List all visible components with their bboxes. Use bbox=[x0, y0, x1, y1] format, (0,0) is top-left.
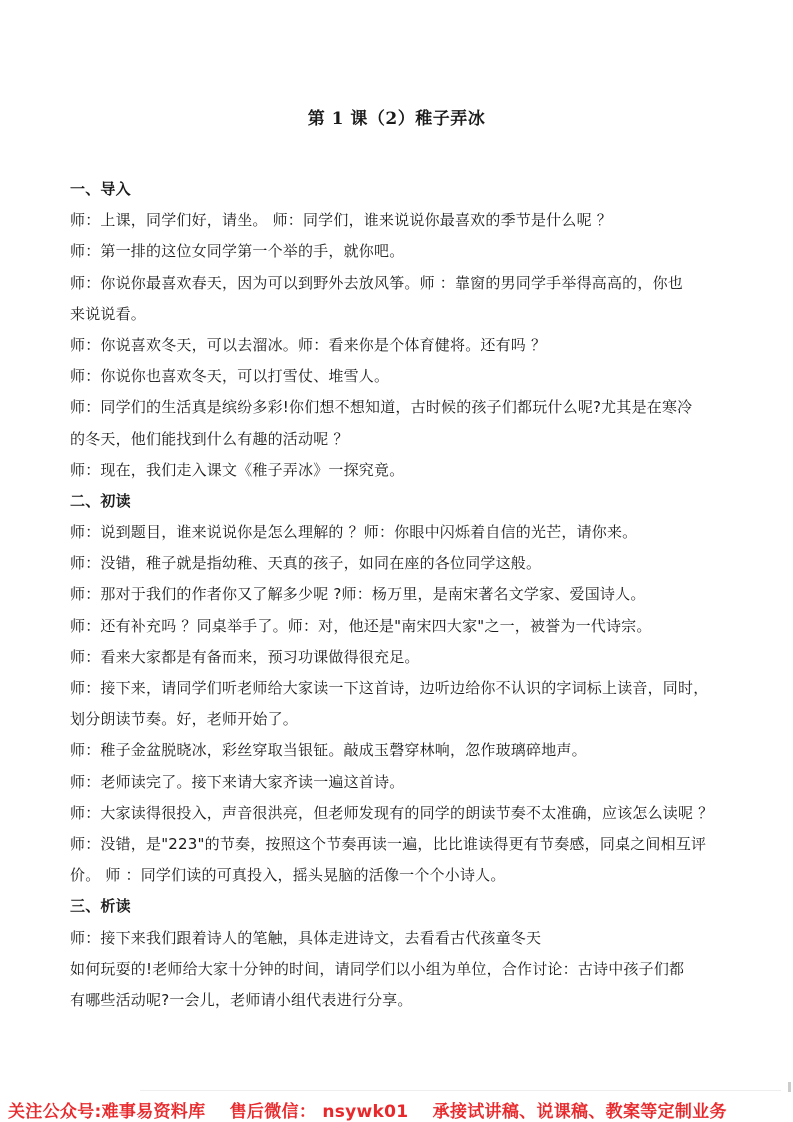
section-heading: 二、初读 bbox=[70, 486, 730, 517]
paragraph-line: 来说说看。 bbox=[70, 299, 730, 330]
paragraph-line: 师：你说你也喜欢冬天，可以打雪仗、堆雪人。 bbox=[70, 361, 730, 392]
paragraph-line: 师：看来大家都是有备而来，预习功课做得很充足。 bbox=[70, 642, 730, 673]
paragraph-line: 师：接下来我们跟着诗人的笔触，具体走进诗文，去看看古代孩童冬天 bbox=[70, 923, 730, 954]
paragraph-line: 师：那对于我们的作者你又了解多少呢 ?师：杨万里，是南宋著名文学家、爱国诗人。 bbox=[70, 579, 730, 610]
paragraph-line: 有哪些活动呢?一会儿，老师请小组代表进行分享。 bbox=[70, 985, 730, 1016]
paragraph-line: 如何玩耍的!老师给大家十分钟的时间，请同学们以小组为单位，合作讨论：古诗中孩子们… bbox=[70, 954, 730, 985]
footer-services: 承接试讲稿、说课稿、教案等定制业务 bbox=[433, 1102, 727, 1122]
footer-divider bbox=[140, 1090, 781, 1091]
poem-line: 师：稚子金盆脱晓冰，彩丝穿取当银钲。敲成玉磬穿林响，忽作玻璃碎地声。 bbox=[70, 735, 730, 766]
paragraph-line: 师：还有补充吗 ？同桌举手了。师：对，他还是"南宋四大家"之一，被誉为一代诗宗。 bbox=[70, 611, 730, 642]
section-heading: 一、导入 bbox=[70, 174, 730, 205]
paragraph-line: 师：大家读得很投入，声音很洪亮，但老师发现有的同学的朗读节奏不太准确，应该怎么读… bbox=[70, 798, 730, 829]
paragraph-line: 师：老师读完了。接下来请大家齐读一遍这首诗。 bbox=[70, 767, 730, 798]
document-body: 一、导入 师：上课，同学们好，请坐。 师：同学们，谁来说说你最喜欢的季节是什么呢… bbox=[70, 174, 730, 1016]
footer-wechat: 售后微信： nsywk01 bbox=[230, 1102, 409, 1122]
paragraph-line: 师：没错，是"223"的节奏，按照这个节奏再读一遍，比比谁读得更有节奏感，同桌之… bbox=[70, 829, 730, 860]
paragraph-line: 师：你说你最喜欢春天，因为可以到野外去放风筝。师 ：靠窗的男同学手举得高高的，你… bbox=[70, 268, 730, 299]
paragraph-line: 师：接下来，请同学们听老师给大家读一下这首诗，边听边给你不认识的字词标上读音，同… bbox=[70, 673, 730, 704]
footer-account: 关注公众号:难事易资料库 bbox=[8, 1102, 205, 1122]
paragraph-line: 的冬天，他们能找到什么有趣的活动呢 ？ bbox=[70, 424, 730, 455]
page-edge-mark bbox=[788, 1082, 791, 1092]
paragraph-line: 师：你说喜欢冬天，可以去溜冰。师：看来你是个体育健将。还有吗 ？ bbox=[70, 330, 730, 361]
paragraph-line: 师：同学们的生活真是缤纷多彩!你们想不想知道，古时候的孩子们都玩什么呢?尤其是在… bbox=[70, 392, 730, 423]
paragraph-line: 价。 师 ：同学们读的可真投入，摇头晃脑的活像一个个小诗人。 bbox=[70, 860, 730, 891]
paragraph-line: 师：现在，我们走入课文《稚子弄冰》一探究竟。 bbox=[70, 455, 730, 486]
paragraph-line: 师：没错，稚子就是指幼稚、天真的孩子，如同在座的各位同学这般。 bbox=[70, 548, 730, 579]
footer-banner: 关注公众号:难事易资料库 售后微信： nsywk01 承接试讲稿、说课稿、教案等… bbox=[8, 1097, 793, 1122]
paragraph-line: 师：说到题目，谁来说说你是怎么理解的 ？师：你眼中闪烁着自信的光芒，请你来。 bbox=[70, 517, 730, 548]
paragraph-line: 划分朗读节奏。好，老师开始了。 bbox=[70, 704, 730, 735]
paragraph-line: 师：第一排的这位女同学第一个举的手，就你吧。 bbox=[70, 236, 730, 267]
page-title: 第 1 课（2）稚子弄冰 bbox=[0, 104, 793, 129]
document-page: 第 1 课（2）稚子弄冰 一、导入 师：上课，同学们好，请坐。 师：同学们，谁来… bbox=[0, 0, 793, 1122]
paragraph-line: 师：上课，同学们好，请坐。 师：同学们，谁来说说你最喜欢的季节是什么呢 ？ bbox=[70, 205, 730, 236]
section-heading: 三、析读 bbox=[70, 891, 730, 922]
